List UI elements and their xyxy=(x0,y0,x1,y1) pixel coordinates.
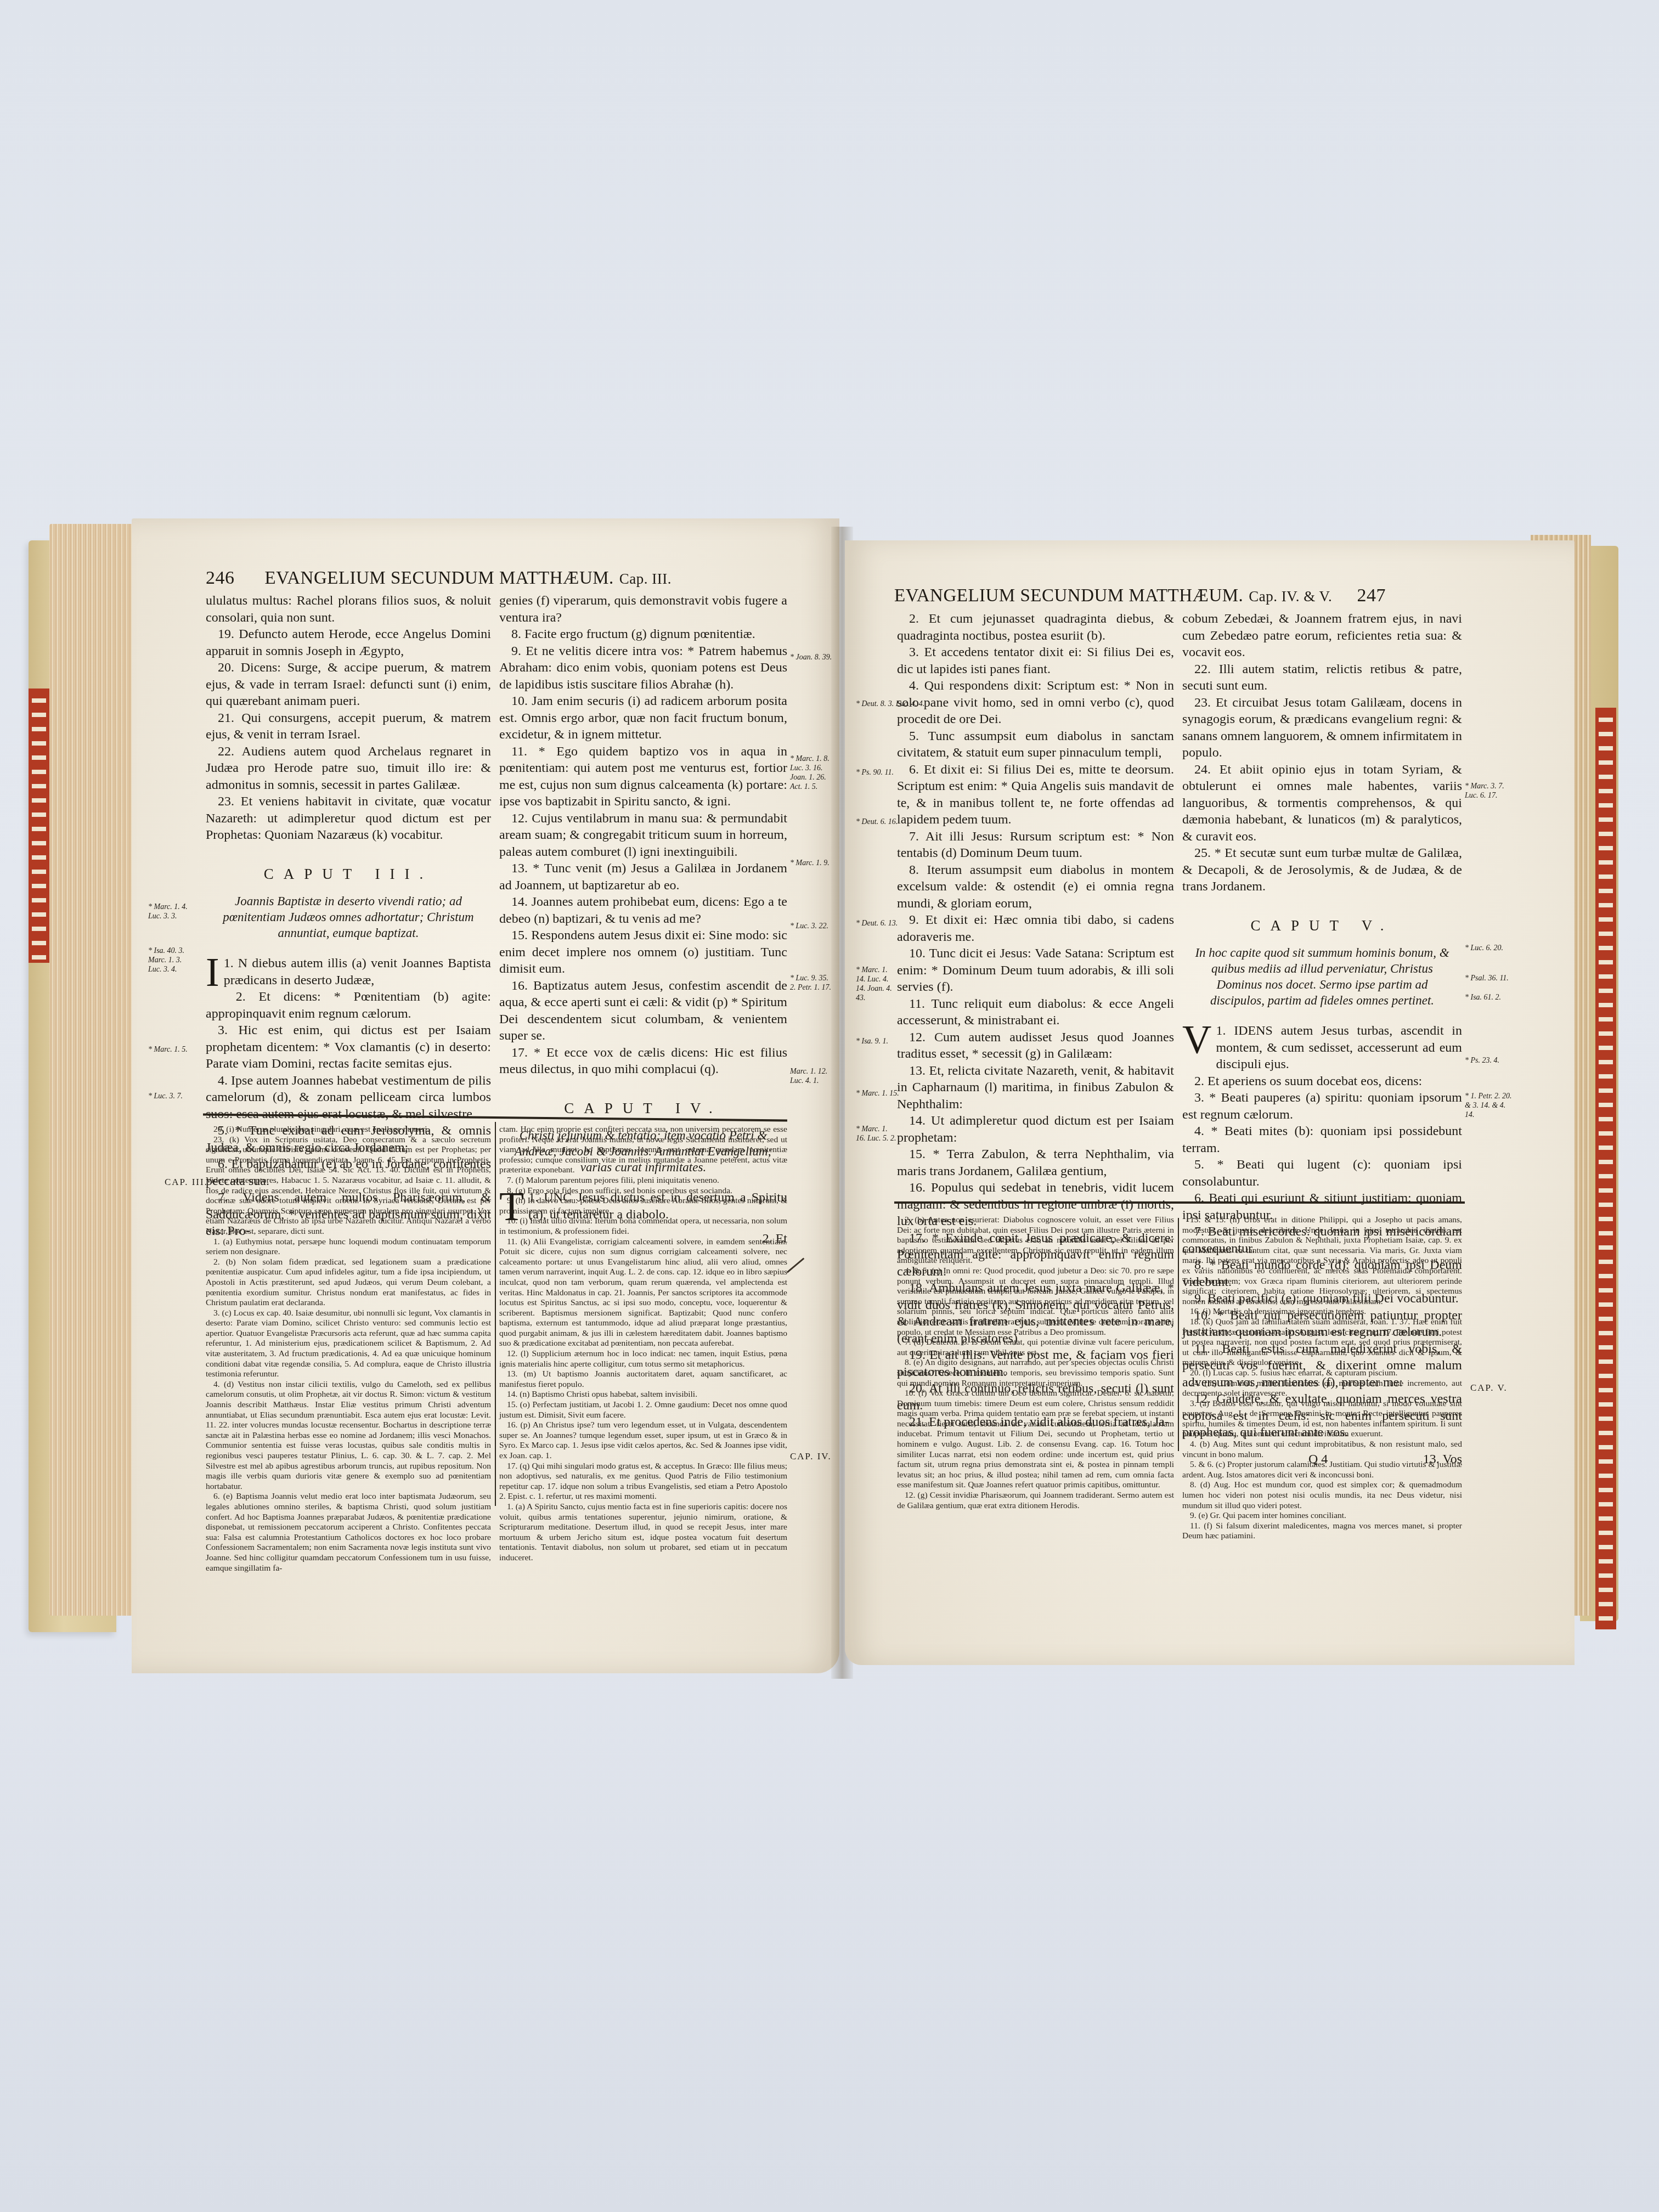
verse-text: 12. Cum autem audisset Jesus quod Joanne… xyxy=(897,1029,1174,1063)
footnote: 8. (g) Ergo sola fides non sufficit, sed… xyxy=(499,1186,787,1197)
footnote-rule xyxy=(894,1201,1465,1204)
cross-reference: * Luc. 3. 7. xyxy=(148,1092,183,1101)
footnote: 8. (e) An digito designans, aut narrando… xyxy=(897,1358,1174,1389)
footnote: 23. (k) Vox in Scripturis usitata, Deo c… xyxy=(206,1135,491,1237)
cross-reference: * Luc. 3. 22. xyxy=(790,922,828,931)
verse-text: 3. * Beati pauperes (a) spiritu: quoniam… xyxy=(1182,1090,1462,1123)
footnote: 11. (k) Alii Evangelistæ, corrigiam calc… xyxy=(499,1237,787,1350)
verse-text: 3. Et accedens tentator dixit ei: Si fil… xyxy=(897,644,1174,678)
verse-text: 15. Respondens autem Jesus dixit ei: Sin… xyxy=(499,927,787,978)
footnote: 7. (f) Malorum parentum pejores filii, p… xyxy=(499,1176,787,1186)
verse-text: 10. Jam enim securis (i) ad radicem arbo… xyxy=(499,693,787,743)
chapter-heading: CAPUT III. xyxy=(206,866,491,883)
verse-text: 16. Baptizatus autem Jesus, confestim as… xyxy=(499,978,787,1045)
cross-reference: * Luc. 6. 20. xyxy=(1465,944,1503,953)
verse-text: 10. Tunc dicit ei Jesus: Vade Satana: Sc… xyxy=(897,945,1174,996)
drop-cap: V xyxy=(1182,1024,1211,1057)
open-book-photo: 246 EVANGELIUM SECUNDUM MATTHÆUM. Cap. I… xyxy=(0,0,1659,2212)
footnote: 24. (m) Comitiali morbo laborantes: qui … xyxy=(1182,1379,1462,1399)
footnote-column-divider xyxy=(495,1122,496,1506)
verse-text: 22. Audiens autem quod Archelaus regnare… xyxy=(206,743,491,794)
verse-smallcaps: IDENS xyxy=(1234,1024,1273,1038)
verse-text: 15. * Terra Zabulon, & terra Nephthalim,… xyxy=(897,1146,1174,1180)
footnote: 4. & 5. (c) In omni re: Quod procedit, q… xyxy=(897,1266,1174,1338)
verse-text: 24. Et abiit opinio ejus in totam Syriam… xyxy=(1182,761,1462,845)
verse-text: 22. Illi autem statim, relictis retibus … xyxy=(1182,661,1462,695)
verse-number: 1. xyxy=(224,956,234,970)
footnote: 1. (a) Euthymius notat, persæpe hunc loq… xyxy=(206,1237,491,1257)
footnote: 15. (o) Perfectam justitiam, ut Jacobi 1… xyxy=(499,1400,787,1420)
footnote: 9. (h) In dativo casu: potest Deus alios… xyxy=(499,1196,787,1216)
cross-reference: * Isa. 40. 3. Marc. 1. 3. Luc. 3. 4. xyxy=(148,946,192,974)
verse-text: 14. Joannes autem prohibebat eum, dicens… xyxy=(499,894,787,927)
decorative-endpaper-right xyxy=(1595,708,1616,1629)
verse-text: genies (f) viperarum, quis demonstravit … xyxy=(499,592,787,626)
cross-reference: * Isa. 9. 1. xyxy=(856,1037,888,1046)
footnote: 1. (a) A Spiritu Sancto, cujus mentio fa… xyxy=(499,1502,787,1564)
footnote: 10. (f) Vox Græca cultum uni Deo debitum… xyxy=(897,1389,1174,1491)
footnote: 2. (b) Antea non esurierat: Diabolus cog… xyxy=(897,1215,1174,1266)
chapter-margin-marker: CAP. IV. xyxy=(790,1451,832,1462)
footnote: 4. (b) Aug. Mites sunt qui cedunt improb… xyxy=(1182,1440,1462,1460)
verse-text: 25. * Et secutæ sunt eum turbæ multæ de … xyxy=(1182,845,1462,895)
footnote: 11. (f) Si falsum dixerint maledicentes,… xyxy=(1182,1521,1462,1542)
footnote: 13. & 15. (h) Urbs erat in ditione Phili… xyxy=(1182,1215,1462,1307)
footnote: 16. (p) An Christus ipse? tum vero legen… xyxy=(499,1420,787,1461)
page-number: 247 xyxy=(1357,585,1386,606)
chapter-margin-marker: CAP. V. xyxy=(1470,1383,1508,1393)
footnote: 18. (k) Quos jam ad familiaritatem suam … xyxy=(1182,1317,1462,1368)
verse-text: 3. Hic est enim, qui dictus est per Isai… xyxy=(206,1022,491,1073)
cross-reference: * Marc. 1. 4. Luc. 3. 3. xyxy=(148,902,192,921)
running-header-left: 246 EVANGELIUM SECUNDUM MATTHÆUM. Cap. I… xyxy=(206,568,672,589)
verse-text: 4. * Beati mites (b): quoniam ipsi possi… xyxy=(1182,1123,1462,1156)
verse-text: 5. * Beati qui lugent (c): quoniam ipsi … xyxy=(1182,1156,1462,1190)
verse-text: 8. Iterum assumpsit eum diabolus in mont… xyxy=(897,862,1174,912)
cross-reference: * Ps. 23. 4. xyxy=(1465,1056,1499,1065)
verse-number: 1. xyxy=(1216,1024,1226,1038)
cross-reference: * Marc. 1. 9. xyxy=(790,859,830,868)
footnote: 3. (c) Locus ex cap. 40. Isaiæ desumitur… xyxy=(206,1308,491,1380)
verse-text: 14. Ut adimpleretur quod dictum est per … xyxy=(897,1113,1174,1146)
footnote: 13. (m) Ut baptismo Joannis auctoritatem… xyxy=(499,1369,787,1390)
page-block-left-edge xyxy=(49,524,143,1616)
footnote: 8. (d) Aug. Hoc est mundum cor, quod est… xyxy=(1182,1480,1462,1511)
verse-text: 2. Et dicens: * Pœnitentiam (b) agite: a… xyxy=(206,989,491,1022)
cross-reference: * Marc. 1. 14. Luc. 4. 14. Joan. 4. 43. xyxy=(856,966,897,1003)
footnote-column-divider xyxy=(1178,1218,1179,1451)
footnote: 3. (a) Beatos esse testatur, qui vulgo m… xyxy=(1182,1399,1462,1440)
cross-reference: * Marc. 1. 15. xyxy=(856,1089,899,1098)
verse-text: 19. Defuncto autem Herode, ecce Angelus … xyxy=(206,626,491,659)
footnote: 9. (e) Gr. Qui pacem inter homines conci… xyxy=(1182,1511,1462,1521)
footnote: 20. (l) Lucas cap. 5. fusius hæc enarrat… xyxy=(1182,1368,1462,1379)
running-title: EVANGELIUM SECUNDUM MATTHÆUM. xyxy=(265,568,614,589)
cross-reference: * Deut. 8. 3. Luc. 4. 4. xyxy=(856,699,924,709)
verse-text: 11. * Ego quidem baptizo vos in aqua in … xyxy=(499,743,787,810)
footnote: 20. (i) Numerus pluralis pro singulari, … xyxy=(206,1125,491,1135)
cross-reference: * Marc. 1. 16. Luc. 5. 2. xyxy=(856,1125,897,1143)
chapter-reference: Cap. III. xyxy=(619,571,672,588)
cross-reference: Marc. 1. 12. Luc. 4. 1. xyxy=(790,1067,834,1086)
verse-text: ululatus multus: Rachel plorans filios s… xyxy=(206,592,491,626)
verse-text: 1. V IDENS autem Jesus turbas, ascendit … xyxy=(1182,1023,1462,1073)
cross-reference: * Luc. 9. 35. 2. Petr. 1. 17. xyxy=(790,974,834,992)
footnote: 17. (q) Qui mihi singulari modo gratus e… xyxy=(499,1462,787,1502)
chapter-heading: CAPUT V. xyxy=(1182,917,1462,934)
verse-text: 4. Qui respondens dixit: Scriptum est: *… xyxy=(897,678,1174,728)
verse-text: 9. Et ne velitis dicere intra vos: * Pat… xyxy=(499,643,787,693)
drop-cap: I xyxy=(206,956,219,989)
footnote: 12. (g) Cessit invidiæ Pharisæorum, qui … xyxy=(897,1491,1174,1511)
cross-reference: * Ps. 90. 11. xyxy=(856,768,894,777)
footnote: 10. (i) Instat ultio divina: Iterum bona… xyxy=(499,1216,787,1237)
verse-text: 5. Tunc assumpsit eum diabolus in sancta… xyxy=(897,728,1174,761)
footnotes-column-2: ctam. Hoc enim proprie est confiteri pec… xyxy=(499,1125,787,1564)
chapter-reference: Cap. IV. & V. xyxy=(1249,588,1332,605)
verse-text: 2. Et cum jejunasset quadraginta diebus,… xyxy=(897,611,1174,644)
footnote: ctam. Hoc enim proprie est confiteri pec… xyxy=(499,1125,787,1176)
verse-text: 21. Qui consurgens, accepit puerum, & ma… xyxy=(206,710,491,743)
footnote: 16. (i) Mortalis ob densissimas ignorant… xyxy=(1182,1307,1462,1317)
left-page: 246 EVANGELIUM SECUNDUM MATTHÆUM. Cap. I… xyxy=(132,518,839,1673)
verse-text: 13. Et, relicta civitate Nazareth, venit… xyxy=(897,1063,1174,1113)
footnote: 4. (d) Vestitus non instar cilicii texti… xyxy=(206,1380,491,1492)
cross-reference: * Isa. 61. 2. xyxy=(1465,993,1501,1002)
chapter-margin-marker: CAP. III. xyxy=(165,1177,208,1188)
footnote: 2. (b) Non solam fidem prædicat, sed leg… xyxy=(206,1257,491,1308)
verse-text: 6. Et dixit ei: Si filius Dei es, mitte … xyxy=(897,761,1174,828)
chapter-summary: Joannis Baptistæ in deserto vivendi rati… xyxy=(217,893,480,941)
chapter-heading: CAPUT IV. xyxy=(499,1100,787,1117)
chapter-summary: In hoc capite quod sit summum hominis bo… xyxy=(1193,945,1451,1008)
running-header-right: EVANGELIUM SECUNDUM MATTHÆUM. Cap. IV. &… xyxy=(894,585,1386,606)
verse-text: 13. * Tunc venit (m) Jesus a Galilæa in … xyxy=(499,860,787,894)
footnotes-column-2: 13. & 15. (h) Urbs erat in ditione Phili… xyxy=(1182,1215,1462,1542)
footnote: 14. (n) Baptismo Christi opus habebat, s… xyxy=(499,1390,787,1400)
verse-text: 2. Et aperiens os suum docebat eos, dice… xyxy=(1182,1073,1462,1090)
footnotes-column-1: 20. (i) Numerus pluralis pro singulari, … xyxy=(206,1125,491,1573)
verse-text: 23. Et veniens habitavit in civitate, qu… xyxy=(206,793,491,844)
page-number: 246 xyxy=(206,568,235,589)
verse-text: 1. I N diebus autem illis (a) venit Joan… xyxy=(206,955,491,989)
footnote: 6. (e) Baptisma Joannis velut medio erat… xyxy=(206,1492,491,1573)
cross-reference: * Joan. 8. 39. xyxy=(790,653,832,662)
cross-reference: * Deut. 6. 16. xyxy=(856,817,898,827)
verse-text: 7. Ait illi Jesus: Rursum scriptum est: … xyxy=(897,828,1174,862)
cross-reference: * Psal. 36. 11. xyxy=(1465,974,1509,983)
footnote: 7. (d) Deuteron. 6. Is Deum tentat, qui … xyxy=(897,1338,1174,1358)
running-title: EVANGELIUM SECUNDUM MATTHÆUM. xyxy=(894,586,1243,606)
footnote: 12. (l) Supplicium æternum hoc in loco i… xyxy=(499,1349,787,1369)
cross-reference: * Marc. 1. 5. xyxy=(148,1045,188,1054)
verse-text: cobum Zebedæi, & Joannem fratrem ejus, i… xyxy=(1182,611,1462,661)
verse-text: 20. Dicens: Surge, & accipe puerum, & ma… xyxy=(206,659,491,710)
verse-text: 9. Et dixit ei: Hæc omnia tibi dabo, si … xyxy=(897,912,1174,945)
verse-text: 8. Facite ergo fructum (g) dignum pœnite… xyxy=(499,626,787,643)
cross-reference: * Marc. 3. 7. Luc. 6. 17. xyxy=(1465,782,1514,800)
verse-body: N diebus autem illis (a) venit Joannes B… xyxy=(224,956,491,988)
verse-text: 23. Et circuibat Jesus totam Galilæam, d… xyxy=(1182,695,1462,761)
verse-text: 17. * Et ecce vox de cælis dicens: Hic e… xyxy=(499,1045,787,1078)
footnotes-column-1: 2. (b) Antea non esurierat: Diabolus cog… xyxy=(897,1215,1174,1511)
decorative-endpaper-left xyxy=(29,689,49,963)
right-page: EVANGELIUM SECUNDUM MATTHÆUM. Cap. IV. &… xyxy=(845,540,1575,1665)
footnote: 5. & 6. (c) Propter justorum calamitates… xyxy=(1182,1460,1462,1480)
verse-text: 12. Cujus ventilabrum in manu sua: & per… xyxy=(499,810,787,861)
cross-reference: * Marc. 1. 8. Luc. 3. 16. Joan. 1. 26. A… xyxy=(790,754,834,792)
pen-mark xyxy=(787,1257,805,1273)
verse-text: 11. Tunc reliquit eum diabolus: & ecce A… xyxy=(897,996,1174,1029)
cross-reference: * Deut. 6. 13. xyxy=(856,919,898,928)
cross-reference: * 1. Petr. 2. 20. & 3. 14. & 4. 14. xyxy=(1465,1092,1517,1120)
